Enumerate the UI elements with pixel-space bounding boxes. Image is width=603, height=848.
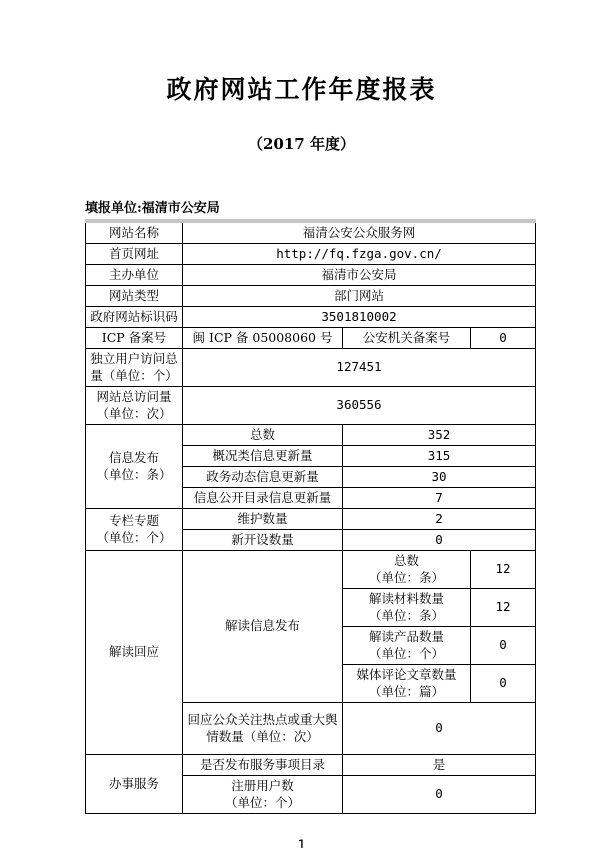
row-label-text: 媒体评论文章数量 [347,666,466,684]
row-value: 0 [343,529,536,550]
interpretation-publish-label: 解读信息发布 [183,550,343,702]
row-value: 0 [471,626,536,664]
group-label-text: 信息发布 [90,449,178,467]
table-row: 解读回应 解读信息发布 总数 （单位：条） 12 [86,550,536,588]
row-value: 福清市公安局 [183,264,536,285]
row-value: 3501810002 [183,306,536,327]
table-row: 主办单位 福清市公安局 [86,264,536,285]
table-row: 独立用户访问总量（单位：个） 127451 [86,348,536,386]
row-label: ICP 备案号 [86,327,183,348]
group-label-info-publish: 信息发布 （单位：条） [86,424,183,508]
row-label-text: 总数 [347,552,466,570]
row-label: 政务动态信息更新量 [183,466,343,487]
row-label: 是否发布服务事项目录 [183,754,343,775]
row-value: 0 [471,664,536,702]
table-row: 办事服务 是否发布服务事项目录 是 [86,754,536,775]
row-unit-text: （单位：条） [347,569,466,587]
row-label: 解读产品数量 （单位：个） [343,626,471,664]
row-label: 总数 （单位：条） [343,550,471,588]
row-value: 部门网站 [183,285,536,306]
row-label-text: 注册用户数 [187,777,338,795]
table-row: 信息发布 （单位：条） 总数 352 [86,424,536,445]
row-label: 总数 [183,424,343,445]
row-label: 媒体评论文章数量 （单位：篇） [343,664,471,702]
table-row-icp: ICP 备案号 闽 ICP 备 05008060 号 公安机关备案号 0 [86,327,536,348]
row-label: 注册用户数 （单位：个） [183,775,343,813]
row-label: 独立用户访问总量（单位：个） [86,348,183,386]
row-label: 维护数量 [183,508,343,529]
row-label: 解读材料数量 （单位：条） [343,588,471,626]
police-record-label: 公安机关备案号 [343,327,471,348]
row-label: 回应公众关注热点或重大舆情数量（单位：次） [183,702,343,754]
page-number: 1 [0,838,603,848]
row-value: 12 [471,588,536,626]
table-row: 政府网站标识码 3501810002 [86,306,536,327]
reporting-unit: 填报单位:福清市公安局 [85,197,603,216]
row-label: 新开设数量 [183,529,343,550]
row-label: 信息公开目录信息更新量 [183,487,343,508]
table-row: 网站类型 部门网站 [86,285,536,306]
row-value: 0 [343,702,536,754]
row-value: 127451 [183,348,536,386]
row-label: 网站名称 [86,221,183,243]
icp-number: 闽 ICP 备 05008060 号 [183,327,343,348]
row-unit-text: （单位：条） [347,607,466,625]
row-label: 首页网址 [86,243,183,264]
police-record-value: 0 [471,327,536,348]
table-row: 网站名称 福清公安公众服务网 [86,221,536,243]
row-value: 7 [343,487,536,508]
row-value: 315 [343,445,536,466]
group-label-text: 专栏专题 [90,512,178,530]
page-subtitle: （2017 年度） [0,133,603,154]
group-label-interpretation: 解读回应 [86,550,183,754]
row-label-text: 解读产品数量 [347,628,466,646]
page-title: 政府网站工作年度报表 [0,70,603,106]
homepage-url: http://fq.fzga.gov.cn/ [183,243,536,264]
table-row: 首页网址 http://fq.fzga.gov.cn/ [86,243,536,264]
row-label: 政府网站标识码 [86,306,183,327]
table-row: 专栏专题 （单位：个） 维护数量 2 [86,508,536,529]
row-value: 0 [343,775,536,813]
group-unit-text: （单位：条） [90,466,178,484]
table-row: 网站总访问量（单位：次） 360556 [86,386,536,424]
group-unit-text: （单位：个） [90,529,178,547]
row-label: 概况类信息更新量 [183,445,343,466]
row-label: 主办单位 [86,264,183,285]
row-value: 福清公安公众服务网 [183,221,536,243]
row-unit-text: （单位：个） [347,645,466,663]
row-value: 是 [343,754,536,775]
row-label-text: 解读材料数量 [347,590,466,608]
group-label-service: 办事服务 [86,754,183,813]
group-label-special-topics: 专栏专题 （单位：个） [86,508,183,550]
annual-report-table: 网站名称 福清公安公众服务网 首页网址 http://fq.fzga.gov.c… [85,219,536,814]
row-value: 2 [343,508,536,529]
document-page: 政府网站工作年度报表 （2017 年度） 填报单位:福清市公安局 网站名称 福清… [0,0,603,848]
row-value: 12 [471,550,536,588]
row-label: 网站总访问量（单位：次） [86,386,183,424]
row-unit-text: （单位：篇） [347,683,466,701]
row-value: 360556 [183,386,536,424]
row-label: 网站类型 [86,285,183,306]
row-value: 30 [343,466,536,487]
row-unit-text: （单位：个） [187,794,338,812]
row-value: 352 [343,424,536,445]
